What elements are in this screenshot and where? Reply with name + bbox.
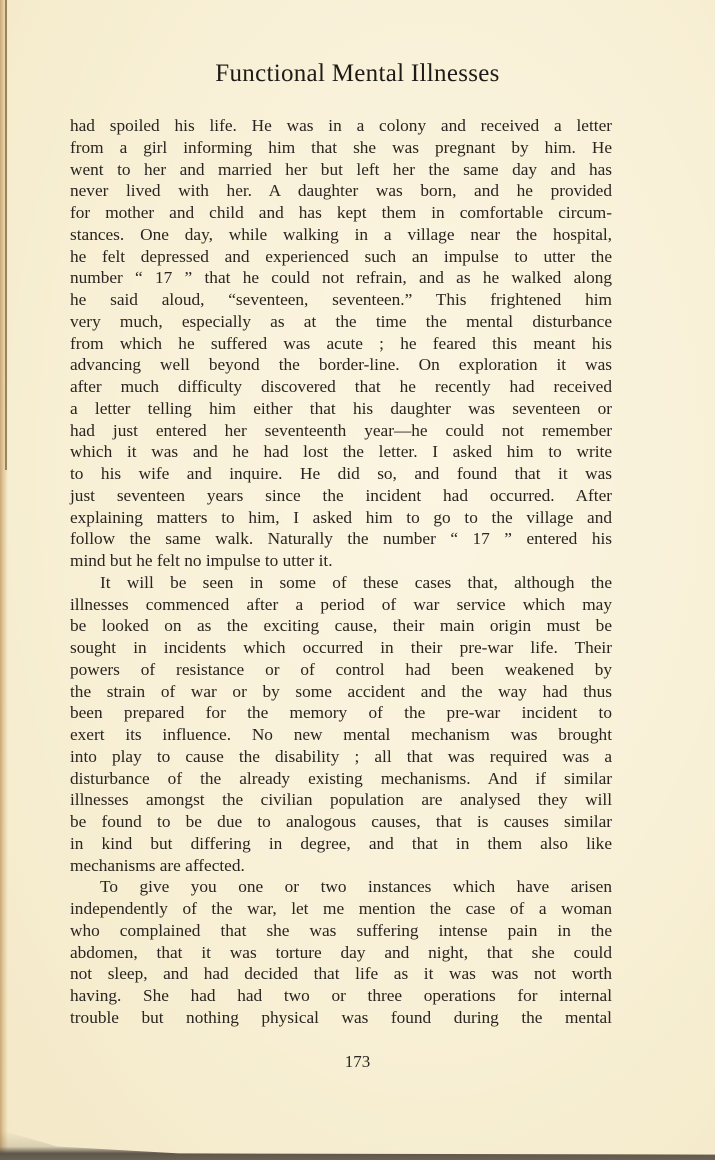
text-line: number “ 17 ” that he could not refrain,…: [70, 267, 612, 289]
text-line: to his wife and inquire. He did so, and …: [70, 463, 612, 485]
book-page: Functional Mental Illnesses had spoiled …: [0, 0, 715, 1160]
text-line: the strain of war or by some accident an…: [70, 681, 612, 703]
text-line: stances. One day, while walking in a vil…: [70, 224, 612, 246]
text-line: had spoiled his life. He was in a colony…: [70, 115, 612, 137]
book-spine-edge: [0, 0, 8, 1160]
text-line: illnesses amongst the civilian populatio…: [70, 789, 612, 811]
text-line: powers of resistance or of control had b…: [70, 659, 612, 681]
text-line: To give you one or two instances which h…: [70, 876, 612, 898]
text-line: follow the same walk. Naturally the numb…: [70, 528, 612, 550]
text-line: independently of the war, let me mention…: [70, 898, 612, 920]
body-text: had spoiled his life. He was in a colony…: [70, 115, 612, 1029]
text-line: not sleep, and had decided that life as …: [70, 963, 612, 985]
text-line: explaining matters to him, I asked him t…: [70, 507, 612, 529]
text-line: never lived with her. A daughter was bor…: [70, 180, 612, 202]
text-line: he felt depressed and experienced such a…: [70, 246, 612, 268]
text-line: in kind but differing in degree, and tha…: [70, 833, 612, 855]
text-line: went to her and married her but left her…: [70, 159, 612, 181]
page-number: 173: [0, 1052, 715, 1072]
text-line: just seventeen years since the incident …: [70, 485, 612, 507]
text-line: disturbance of the already existing mech…: [70, 768, 612, 790]
text-line: be looked on as the exciting cause, thei…: [70, 615, 612, 637]
text-line: illnesses commenced after a period of wa…: [70, 594, 612, 616]
text-line: very much, especially as at the time the…: [70, 311, 612, 333]
text-line: advancing well beyond the border-line. O…: [70, 354, 612, 376]
text-line: be found to be due to analogous causes, …: [70, 811, 612, 833]
text-line: from a girl informing him that she was p…: [70, 137, 612, 159]
text-line: having. She had had two or three operati…: [70, 985, 612, 1007]
text-line: into play to cause the disability ; all …: [70, 746, 612, 768]
text-line: It will be seen in some of these cases t…: [70, 572, 612, 594]
paragraph-3: To give you one or two instances which h…: [70, 876, 612, 1028]
text-line: who complained that she was suffering in…: [70, 920, 612, 942]
running-head: Functional Mental Illnesses: [0, 60, 715, 88]
text-line: for mother and child and has kept them i…: [70, 202, 612, 224]
text-line: a letter telling him either that his dau…: [70, 398, 612, 420]
text-line: which it was and he had lost the letter.…: [70, 441, 612, 463]
text-line: been prepared for the memory of the pre-…: [70, 702, 612, 724]
text-line: after much difficulty discovered that he…: [70, 376, 612, 398]
text-line: from which he suffered was acute ; he fe…: [70, 333, 612, 355]
text-line: trouble but nothing physical was found d…: [70, 1007, 612, 1029]
text-line: had just entered her seventeenth year—he…: [70, 420, 612, 442]
text-line: mind but he felt no impulse to utter it.: [70, 550, 612, 572]
text-line: abdomen, that it was torture day and nig…: [70, 942, 612, 964]
paragraph-2: It will be seen in some of these cases t…: [70, 572, 612, 877]
page-bottom-shadow: [0, 1130, 715, 1160]
text-line: exert its influence. No new mental mecha…: [70, 724, 612, 746]
text-line: sought in incidents which occurred in th…: [70, 637, 612, 659]
paragraph-1: had spoiled his life. He was in a colony…: [70, 115, 612, 572]
text-line: he said aloud, “seventeen, seventeen.” T…: [70, 289, 612, 311]
text-line: mechanisms are affected.: [70, 855, 612, 877]
